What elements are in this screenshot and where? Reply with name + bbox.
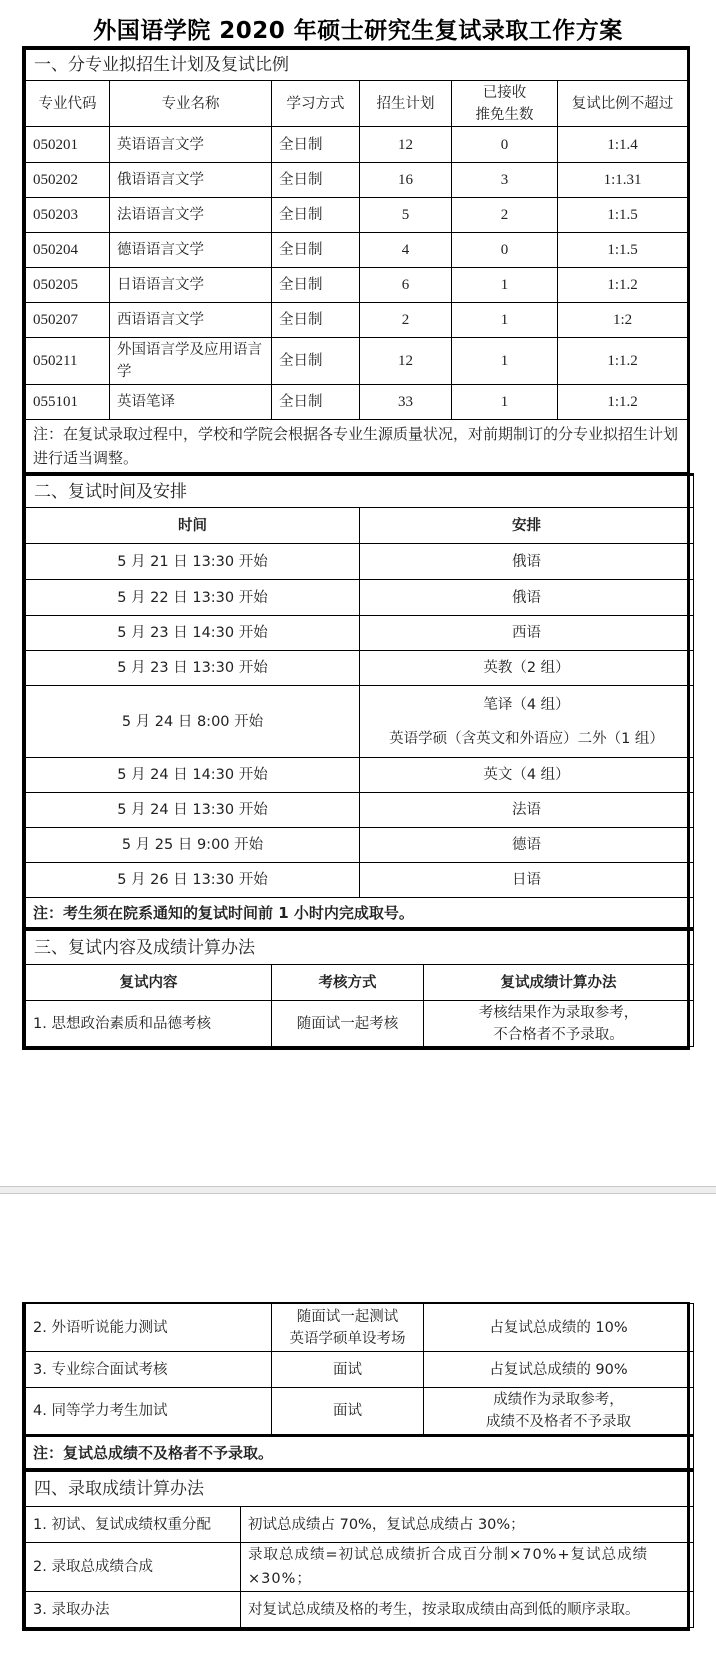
- cell-code: 050204: [26, 233, 110, 268]
- cell-arrangement: 西语: [360, 616, 694, 651]
- cell-name: 外国语言学及应用语言学: [110, 338, 272, 385]
- cell-code: 050202: [26, 163, 110, 198]
- cell-calc: 成绩作为录取参考， 成绩不及格者不予录取: [424, 1388, 694, 1436]
- table-row: 050211 外国语言学及应用语言学 全日制 12 1 1:1.2: [26, 338, 688, 385]
- admission-row: 3. 录取办法 对复试总成绩及格的考生，按录取成绩由高到低的顺序录取。: [26, 1592, 694, 1628]
- section1-header-row: 专业代码 专业名称 学习方式 招生计划 已接收 推免生数 复试比例不超过: [26, 81, 688, 127]
- assessment-row: 1. 思想政治素质和品德考核 随面试一起考核 考核结果作为录取参考， 不合格者不…: [26, 1001, 694, 1047]
- cell-exempt: 1: [452, 338, 558, 385]
- admission-row: 1. 初试、复试成绩权重分配 初试总成绩占 70%，复试总成绩占 30%；: [26, 1507, 694, 1543]
- cell-exempt: 1: [452, 268, 558, 303]
- cell-exempt: 3: [452, 163, 558, 198]
- cell-time: 5 月 25 日 9:00 开始: [26, 828, 360, 863]
- cell-time: 5 月 23 日 13:30 开始: [26, 651, 360, 686]
- cell-calc-line1: 考核结果作为录取参考，: [431, 1002, 686, 1024]
- cell-name: 英语语言文学: [110, 127, 272, 163]
- cell-ratio: 1:1.2: [558, 338, 688, 385]
- cell-plan: 12: [360, 127, 452, 163]
- cell-exempt: 0: [452, 233, 558, 268]
- cell-name: 法语语言文学: [110, 198, 272, 233]
- col-header-exempt-line2: 推免生数: [459, 104, 550, 126]
- cell-arrangement: 英教（2 组）: [360, 651, 694, 686]
- section3-note: 注：复试总成绩不及格者不予录取。: [26, 1436, 694, 1469]
- section2-note: 注：考生须在院系通知的复试时间前 1 小时内完成取号。: [26, 898, 694, 928]
- cell-ratio: 1:1.5: [558, 198, 688, 233]
- table-row: 050201 英语语言文学 全日制 12 0 1:1.4: [26, 127, 688, 163]
- schedule-row: 5 月 26 日 13:30 开始 日语: [26, 863, 694, 898]
- cell-method-line2: 英语学硕单设考场: [279, 1328, 416, 1350]
- assessment-row: 2. 外语听说能力测试 随面试一起测试 英语学硕单设考场 占复试总成绩的 10%: [26, 1304, 694, 1352]
- cell-code: 055101: [26, 385, 110, 420]
- cell-name: 俄语语言文学: [110, 163, 272, 198]
- cell-arrangement: 俄语: [360, 580, 694, 616]
- cell-exempt: 1: [452, 303, 558, 338]
- cell-method: 随面试一起测试 英语学硕单设考场: [272, 1304, 424, 1352]
- section3-heading: 三、复试内容及成绩计算办法: [26, 930, 694, 965]
- cell-arrangement-line2: 英语学硕（含英文和外语应）二外（1 组）: [367, 722, 686, 756]
- cell-calc-line2: 不合格者不予录取。: [431, 1024, 686, 1046]
- schedule-row: 5 月 22 日 13:30 开始 俄语: [26, 580, 694, 616]
- plan-table-page2: 2. 外语听说能力测试 随面试一起测试 英语学硕单设考场 占复试总成绩的 10%…: [22, 1302, 690, 1631]
- cell-content: 1. 思想政治素质和品德考核: [26, 1001, 272, 1047]
- cell-detail: 录取总成绩=初试总成绩折合成百分制×70%+复试总成绩×30%；: [241, 1543, 694, 1592]
- assessment-row: 4. 同等学力考生加试 面试 成绩作为录取参考， 成绩不及格者不予录取: [26, 1388, 694, 1436]
- cell-item: 2. 录取总成绩合成: [26, 1543, 241, 1592]
- table-row: 055101 英语笔译 全日制 33 1 1:1.2: [26, 385, 688, 420]
- cell-arrangement: 笔译（4 组） 英语学硕（含英文和外语应）二外（1 组）: [360, 686, 694, 758]
- cell-code: 050211: [26, 338, 110, 385]
- cell-calc: 考核结果作为录取参考， 不合格者不予录取。: [424, 1001, 694, 1047]
- section1-note: 注：在复试录取过程中，学校和学院会根据各专业生源质量状况，对前期制订的分专业拟招…: [26, 420, 688, 473]
- admission-row: 2. 录取总成绩合成 录取总成绩=初试总成绩折合成百分制×70%+复试总成绩×3…: [26, 1543, 694, 1592]
- cell-content: 3. 专业综合面试考核: [26, 1352, 272, 1388]
- assessment-row: 3. 专业综合面试考核 面试 占复试总成绩的 90%: [26, 1352, 694, 1388]
- cell-ratio: 1:1.2: [558, 385, 688, 420]
- cell-code: 050205: [26, 268, 110, 303]
- schedule-row: 5 月 23 日 13:30 开始 英教（2 组）: [26, 651, 694, 686]
- cell-arrangement: 英文（4 组）: [360, 758, 694, 793]
- cell-exempt: 1: [452, 385, 558, 420]
- cell-arrangement: 法语: [360, 793, 694, 828]
- cell-plan: 12: [360, 338, 452, 385]
- cell-code: 050203: [26, 198, 110, 233]
- table-row: 050204 德语语言文学 全日制 4 0 1:1.5: [26, 233, 688, 268]
- cell-mode: 全日制: [272, 385, 360, 420]
- cell-ratio: 1:1.4: [558, 127, 688, 163]
- cell-method: 面试: [272, 1352, 424, 1388]
- cell-name: 西语语言文学: [110, 303, 272, 338]
- table-row: 050202 俄语语言文学 全日制 16 3 1:1.31: [26, 163, 688, 198]
- cell-ratio: 1:1.5: [558, 233, 688, 268]
- cell-plan: 6: [360, 268, 452, 303]
- cell-mode: 全日制: [272, 127, 360, 163]
- cell-code: 050207: [26, 303, 110, 338]
- col-header-plan: 招生计划: [360, 81, 452, 127]
- section2-heading: 二、复试时间及安排: [26, 475, 694, 508]
- cell-mode: 全日制: [272, 233, 360, 268]
- cell-arrangement: 日语: [360, 863, 694, 898]
- col-header-arrangement: 安排: [360, 508, 694, 544]
- section4-heading: 四、录取成绩计算办法: [26, 1471, 694, 1507]
- cell-time: 5 月 22 日 13:30 开始: [26, 580, 360, 616]
- schedule-row: 5 月 21 日 13:30 开始 俄语: [26, 544, 694, 580]
- cell-time: 5 月 21 日 13:30 开始: [26, 544, 360, 580]
- col-header-exempt-line1: 已接收: [459, 82, 550, 104]
- cell-ratio: 1:1.31: [558, 163, 688, 198]
- cell-time: 5 月 26 日 13:30 开始: [26, 863, 360, 898]
- cell-plan: 2: [360, 303, 452, 338]
- cell-mode: 全日制: [272, 338, 360, 385]
- table-row: 050207 西语语言文学 全日制 2 1 1:2: [26, 303, 688, 338]
- cell-item: 3. 录取办法: [26, 1592, 241, 1628]
- section3-header-row: 复试内容 考核方式 复试成绩计算办法: [26, 965, 694, 1001]
- cell-code: 050201: [26, 127, 110, 163]
- cell-exempt: 0: [452, 127, 558, 163]
- col-header-exempt: 已接收 推免生数: [452, 81, 558, 127]
- cell-ratio: 1:2: [558, 303, 688, 338]
- cell-time: 5 月 24 日 14:30 开始: [26, 758, 360, 793]
- cell-calc-line1: 成绩作为录取参考，: [431, 1389, 686, 1411]
- cell-name: 日语语言文学: [110, 268, 272, 303]
- cell-content: 4. 同等学力考生加试: [26, 1388, 272, 1436]
- cell-plan: 16: [360, 163, 452, 198]
- col-header-code: 专业代码: [26, 81, 110, 127]
- cell-mode: 全日制: [272, 198, 360, 233]
- cell-name: 德语语言文学: [110, 233, 272, 268]
- cell-time: 5 月 24 日 13:30 开始: [26, 793, 360, 828]
- cell-plan: 33: [360, 385, 452, 420]
- cell-mode: 全日制: [272, 303, 360, 338]
- cell-calc-line2: 成绩不及格者不予录取: [431, 1411, 686, 1433]
- cell-mode: 全日制: [272, 268, 360, 303]
- plan-table-page1: 一、分专业拟招生计划及复试比例 专业代码 专业名称 学习方式 招生计划 已接收 …: [22, 46, 690, 1050]
- cell-calc: 占复试总成绩的 10%: [424, 1304, 694, 1352]
- cell-mode: 全日制: [272, 163, 360, 198]
- table-row: 050205 日语语言文学 全日制 6 1 1:1.2: [26, 268, 688, 303]
- cell-plan: 5: [360, 198, 452, 233]
- schedule-row: 5 月 24 日 14:30 开始 英文（4 组）: [26, 758, 694, 793]
- cell-exempt: 2: [452, 198, 558, 233]
- document-title: 外国语学院 2020 年硕士研究生复试录取工作方案: [0, 12, 716, 45]
- cell-detail: 初试总成绩占 70%，复试总成绩占 30%；: [241, 1507, 694, 1543]
- cell-method: 面试: [272, 1388, 424, 1436]
- schedule-row: 5 月 25 日 9:00 开始 德语: [26, 828, 694, 863]
- schedule-row: 5 月 24 日 13:30 开始 法语: [26, 793, 694, 828]
- col-header-name: 专业名称: [110, 81, 272, 127]
- section2-header-row: 时间 安排: [26, 508, 694, 544]
- col-header-method: 考核方式: [272, 965, 424, 1001]
- cell-time: 5 月 23 日 14:30 开始: [26, 616, 360, 651]
- page-break: [0, 1186, 716, 1194]
- cell-name: 英语笔译: [110, 385, 272, 420]
- cell-arrangement-line1: 笔译（4 组）: [367, 688, 686, 722]
- col-header-content: 复试内容: [26, 965, 272, 1001]
- section1-heading: 一、分专业拟招生计划及复试比例: [26, 50, 688, 81]
- cell-method-line1: 随面试一起测试: [279, 1306, 416, 1328]
- cell-detail: 对复试总成绩及格的考生，按录取成绩由高到低的顺序录取。: [241, 1592, 694, 1628]
- col-header-time: 时间: [26, 508, 360, 544]
- schedule-row: 5 月 24 日 8:00 开始 笔译（4 组） 英语学硕（含英文和外语应）二外…: [26, 686, 694, 758]
- cell-ratio: 1:1.2: [558, 268, 688, 303]
- col-header-calc: 复试成绩计算办法: [424, 965, 694, 1001]
- table-row: 050203 法语语言文学 全日制 5 2 1:1.5: [26, 198, 688, 233]
- cell-content: 2. 外语听说能力测试: [26, 1304, 272, 1352]
- cell-arrangement: 俄语: [360, 544, 694, 580]
- col-header-ratio: 复试比例不超过: [558, 81, 688, 127]
- cell-calc: 占复试总成绩的 90%: [424, 1352, 694, 1388]
- col-header-mode: 学习方式: [272, 81, 360, 127]
- cell-arrangement: 德语: [360, 828, 694, 863]
- cell-item: 1. 初试、复试成绩权重分配: [26, 1507, 241, 1543]
- cell-plan: 4: [360, 233, 452, 268]
- cell-time: 5 月 24 日 8:00 开始: [26, 686, 360, 758]
- cell-method: 随面试一起考核: [272, 1001, 424, 1047]
- schedule-row: 5 月 23 日 14:30 开始 西语: [26, 616, 694, 651]
